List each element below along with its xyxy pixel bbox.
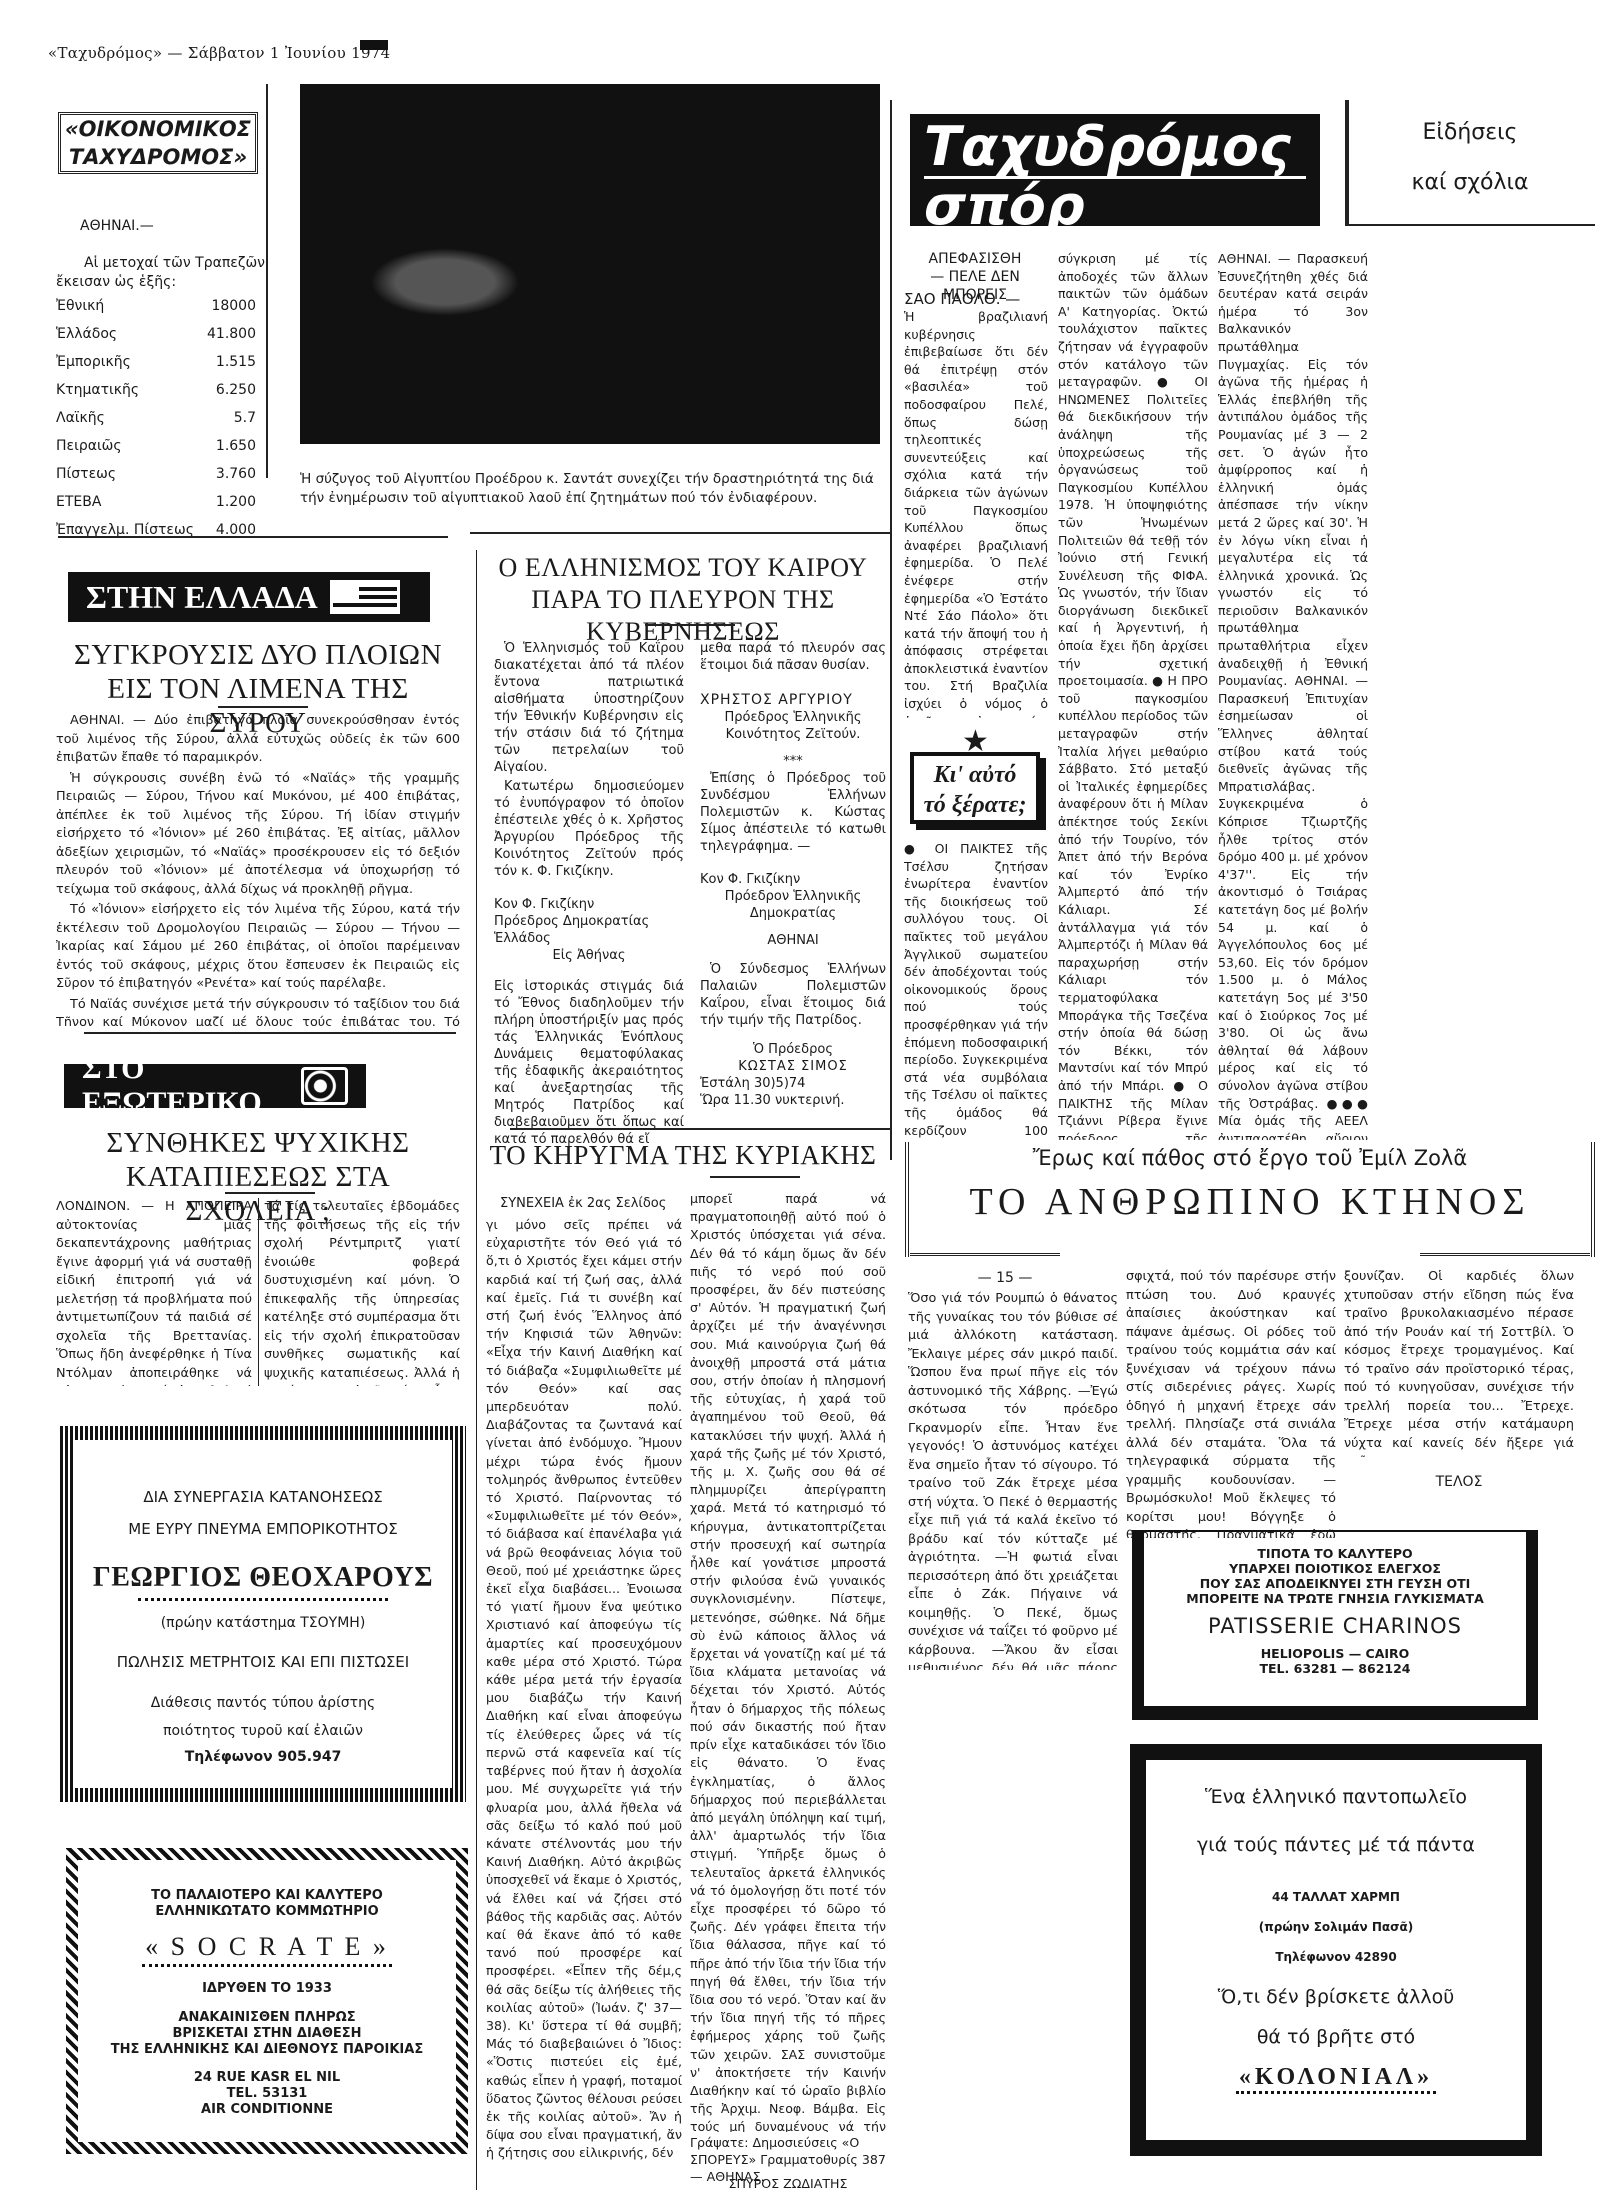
school-article-col-1: ΛΟΝΔΙΝΟΝ. — Η ΑΠΟΠΕΙΡΑ αὐτοκτονίας μιᾶς …	[56, 1198, 252, 1386]
closing-name: ΚΩΣΤΑΣ ΣΙΜΟΣ	[700, 1058, 886, 1075]
stock-row: Πίστεως3.760	[56, 460, 256, 488]
ad-line: ΠΩΛΗΣΙΣ ΜΕΤΡΗΤΟΙΣ ΚΑΙ ΕΠΙ ΠΙΣΤΩΣΕΙ	[74, 1653, 452, 1671]
news-box-line-1: Εἰδήσεις	[1350, 120, 1590, 145]
sport-logo: Ταχυδρόμος σπόρ	[910, 114, 1320, 226]
masthead-line-2: ΤΑΧΥΔΡΟΜΟΣ»	[61, 143, 255, 171]
ad-business-name: PATISSERIE CHARINOS	[1144, 1614, 1526, 1638]
paragraph: Ἐπίσης ὁ Πρόεδρος τοῦ Συνδέσμου Ἑλλήνων …	[700, 770, 886, 855]
bank-name: Ἑλλάδος	[56, 320, 204, 348]
serial-col-2: σφιχτά, πού τόν παρέσυρε στήν πτώση του.…	[1126, 1268, 1336, 1538]
letter-title: Πρόεδρος Δημοκρατίας	[494, 913, 684, 930]
column-divider	[476, 550, 477, 2190]
stock-price: 3.760	[204, 460, 256, 488]
stock-price: 1.515	[204, 348, 256, 376]
serial-kicker: Ἔρως καί πάθος στό ἔργο τοῦ Ἐμίλ Ζολᾶ	[905, 1146, 1595, 1170]
ad-phone: Τηλέφωνον 905.947	[74, 1749, 452, 1765]
stock-price: 41.800	[204, 320, 256, 348]
bank-name: Πίστεως	[56, 460, 204, 488]
cairo-headline-1: Ο ΕΛΛΗΝΙΣΜΟΣ ΤΟΥ ΚΑΙΡΟΥ	[478, 552, 888, 584]
column-divider	[890, 100, 892, 1160]
financial-intro: Αἱ μετοχαί τῶν Τραπεζῶν ἔκεισαν ὡς ἑξῆς:	[56, 254, 266, 292]
ad-line: Διάθεσις παντός τύπου ἀρίστης	[74, 1695, 452, 1711]
paragraph: Ὁ Ἑλληνισμός τοῦ Καΐρου διακατέχεται ἀπό…	[494, 640, 684, 776]
box-rule	[1420, 1253, 1590, 1256]
syros-headline-1: ΣΥΓΚΡΟΥΣΙΣ ΔΥΟ ΠΛΟΙΩΝ	[58, 638, 458, 672]
headline-rule	[645, 624, 735, 626]
socrate-ad: ΤΟ ΠΑΛΑΙΟΤΕΡΟ ΚΑΙ ΚΑΛΥΤΕΡΟ ΕΛΛΗΝΙΚΩΤΑΤΟ …	[66, 1848, 468, 2154]
ad-line: ΑΝΑΚΑΙΝΙΣΘΕΝ ΠΛΗΡΩΣ	[78, 2010, 456, 2026]
charinos-ad: ΤΙΠΟΤΑ ΤΟ ΚΑΛΥΤΕΡΟ ΥΠΑΡΧΕΙ ΠΟΙΟΤΙΚΟΣ ΕΛΕ…	[1132, 1530, 1538, 1720]
paragraph: Ἡ σύγκρουσις συνέβη ἐνῶ τό «Ναϊάς» τῆς γ…	[56, 770, 460, 900]
ad-line: ΕΛΛΗΝΙΚΩΤΑΤΟ ΚΟΜΜΩΤΗΡΙΟ	[78, 1904, 456, 1920]
box-border	[1345, 100, 1349, 225]
ad-business-name: «ΚΟΛΟΝΙΑΛ»	[1146, 2064, 1526, 2091]
ad-ornament	[142, 1964, 392, 1967]
bank-name: ΕΤΕΒΑ	[56, 488, 204, 516]
ad-business-name: « S O C R A T E »	[78, 1932, 456, 1962]
ad-line: (πρώην κατάστημα ΤΣΟΥΜΗ)	[74, 1615, 452, 1631]
letter-body: Εἰς ἱστορικάς στιγμάς διά τό Ἔθνος διαδη…	[494, 978, 684, 1148]
ad-line: ΤΟ ΠΑΛΑΙΟΤΕΡΟ ΚΑΙ ΚΑΛΥΤΕΡΟ	[78, 1888, 456, 1904]
bank-name: Ἐπαγγελμ. Πίστεως	[56, 516, 204, 544]
ad-line: ΔΙΑ ΣΥΝΕΡΓΑΣΙΑ ΚΑΤΑΝΟΗΣΕΩΣ	[74, 1488, 452, 1506]
stock-row: Πειραιῶς1.650	[56, 432, 256, 460]
ad-line: ΥΠΑΡΧΕΙ ΠΟΙΟΤΙΚΟΣ ΕΛΕΓΧΟΣ	[1144, 1561, 1526, 1576]
letter-title: Πρόεδρον Ἑλληνικῆς Δημοκρατίας	[700, 888, 886, 922]
bank-name: Κτηματικῆς	[56, 376, 204, 404]
ad-line: AIR CONDITIONNE	[78, 2102, 456, 2118]
bank-name: Ἐθνική	[56, 292, 204, 320]
cairo-col-1: Ὁ Ἑλληνισμός τοῦ Καΐρου διακατέχεται ἀπό…	[494, 640, 684, 1148]
closing-title: Ὁ Πρόεδρος	[700, 1041, 886, 1058]
ad-line: ΠΟΥ ΣΑΣ ΑΠΟΔΕΙΚΝΥΕΙ ΣΤΗ ΓΕΥΣΗ ΟΤΙ	[1144, 1576, 1526, 1591]
ad-ornament	[138, 1598, 388, 1601]
column-divider	[258, 1198, 259, 1386]
ad-line: ΜΠΟΡΕΙΤΕ ΝΑ ΤΡΩΤΕ ΓΝΗΣΙΑ ΓΛΥΚΙΣΜΑΤΑ	[1144, 1591, 1526, 1606]
pele-headline-1: ΑΠΕΦΑΣΙΣΘΗ	[900, 250, 1050, 268]
athletics-column: ΑΘΗΝΑΙ. — Παρασκευή Ἐσυνεζήτηθη χθές διά…	[1218, 250, 1368, 1140]
ad-line: ποιότητος τυροῦ καί ἐλαιῶν	[74, 1723, 452, 1739]
theocharous-ad: ΔΙΑ ΣΥΝΕΡΓΑΣΙΑ ΚΑΤΑΝΟΗΣΕΩΣ ΜΕ ΕΥΡΥ ΠΝΕΥΜ…	[60, 1426, 466, 1802]
sports-briefs-column: σύγκριση μέ τίς ἀποδοχές τῶν ἄλλων παικτ…	[1058, 250, 1208, 1140]
box-rule	[910, 1253, 1060, 1256]
letter-recipient: Κον Φ. Γκιζίκην	[700, 871, 886, 888]
stock-row: ΕΤΕΒΑ1.200	[56, 488, 256, 516]
section-rule	[510, 1128, 890, 1130]
ad-line: ΤΙΠΟΤΑ ΤΟ ΚΑΛΥΤΕΡΟ	[1144, 1546, 1526, 1561]
serial-end: ΤΕΛΟΣ	[1344, 1474, 1574, 1490]
globe-icon	[301, 1067, 348, 1105]
section-rule	[84, 1032, 456, 1034]
serial-chapter: — 15 —	[905, 1270, 1105, 1286]
ad-ornament	[1236, 2091, 1436, 2094]
sent-date: Ἐστάλη 30)5)74	[700, 1075, 886, 1092]
letter-place: ΑΘΗΝΑΙ	[700, 932, 886, 949]
paragraph: Τό Ναϊάς συνέχισε μετά τήν σύγκρουσιν τό…	[56, 996, 460, 1027]
chelsea-article: ● ΟΙ ΠΑΙΚΤΕΣ τῆς Τσέλσυ ζητήσαν ἐνωρίτερ…	[904, 840, 1048, 1140]
syros-article: ΑΘΗΝΑΙ. — Δύο ἐπιβατηγά πλοῖα συνεκρούσθ…	[56, 712, 460, 1026]
cairo-greeks-headline: Ο ΕΛΛΗΝΙΣΜΟΣ ΤΟΥ ΚΑΙΡΟΥ ΠΑΡΑ ΤΟ ΠΛΕΥΡΟΝ …	[478, 552, 888, 648]
letter-recipient: Κον Φ. Γκιζίκην	[494, 896, 684, 913]
page-header: «Ταχυδρόμος» — Σάββατον 1 Ἰουνίου 1974	[48, 44, 390, 62]
foreign-banner-label: ΣΤΟ ΕΞΩΤΕΡΙΚΟ	[82, 1052, 289, 1120]
photo-caption: Ἡ σύζυγος τοῦ Αἰγυπτίου Προέδρου κ. Σαντ…	[300, 470, 880, 508]
signer-title: Πρόεδρος Ἑλληνικῆς Κοινότητος Ζεϊτούν.	[700, 709, 886, 743]
paragraph: ΑΘΗΝΑΙ. — Δύο ἐπιβατηγά πλοῖα συνεκρούσθ…	[56, 712, 460, 768]
ad-address: 24 RUE KASR EL NIL	[78, 2070, 456, 2086]
news-photo	[300, 84, 880, 444]
letter-body: Ὁ Σύνδεσμος Ἑλλήνων Παλαιῶν Πολεμιστῶν Κ…	[700, 961, 886, 1029]
ad-phone: TEL. 53131	[78, 2086, 456, 2102]
stock-price: 18000	[204, 292, 256, 320]
sport-logo-line-1: Ταχυδρόμος	[924, 120, 1306, 174]
sermon-col-2: μπορεῖ παρά νά πραγματοποιηθῇ αὐτό πού ὁ…	[690, 1190, 886, 2132]
kolonial-ad: Ἕνα ἑλληνικό παντοπωλεῖο γιά τούς πάντες…	[1130, 1744, 1542, 2156]
ad-phone: TEL. 63281 — 862124	[1144, 1661, 1526, 1676]
signer-name: ΧΡΗΣΤΟΣ ΑΡΓΥΡΙΟΥ	[700, 692, 886, 709]
stock-row: Κτηματικῆς6.250	[56, 376, 256, 404]
school-headline-1: ΣΥΝΘΗΚΕΣ ΨΥΧΙΚΗΣ	[58, 1126, 458, 1160]
ad-line: ΙΔΡΥΘΕΝ ΤΟ 1933	[78, 1981, 456, 1996]
ad-address: HELIOPOLIS — CAIRO	[1144, 1646, 1526, 1661]
financial-dateline: ΑΘΗΝΑΙ.—	[80, 218, 154, 234]
ad-line: ΒΡΙΣΚΕΤΑΙ ΣΤΗΝ ΔΙΑΘΕΣΗ	[78, 2026, 456, 2042]
greece-banner: ΣΤΗΝ ΕΛΛΑΔΑ	[68, 572, 430, 622]
bank-name: Ἐμπορικῆς	[56, 348, 204, 376]
separator: ***	[700, 753, 886, 770]
bank-stock-table: Ἐθνική18000Ἑλλάδος41.800Ἐμπορικῆς1.515Κτ…	[56, 292, 256, 544]
news-box-line-2: καί σχόλια	[1350, 170, 1590, 195]
foreign-banner: ΣΤΟ ΕΞΩΤΕΡΙΚΟ	[64, 1064, 366, 1108]
stock-price: 5.7	[204, 404, 256, 432]
ad-line: γιά τούς πάντες μέ τά πάντα	[1146, 1834, 1526, 1856]
bank-name: Λαϊκῆς	[56, 404, 204, 432]
stock-price: 6.250	[204, 376, 256, 404]
serial-title: ΤΟ ΑΝΘΡΩΠΙΝΟ ΚΤΗΝΟΣ	[905, 1180, 1595, 1224]
cairo-headline-2: ΠΑΡΑ ΤΟ ΠΛΕΥΡΟΝ ΤΗΣ ΚΥΒΕΡΝΗΣΕΩΣ	[478, 584, 888, 648]
column-divider	[266, 84, 268, 478]
greek-flag-icon	[330, 580, 400, 614]
headline-rule	[710, 1176, 800, 1178]
stock-price: 1.200	[204, 488, 256, 516]
sermon-continued: ΣΥΝΕΧΕΙΑ ἐκ 2ας Σελίδος	[500, 1196, 666, 1211]
headline-rule	[218, 706, 308, 708]
letter-title: Ἑλλάδος	[494, 930, 684, 947]
ad-line: θά τό βρῆτε στό	[1146, 2026, 1526, 2048]
ad-line: ΤΗΣ ΕΛΛΗΝΙΚΗΣ ΚΑΙ ΔΙΕΘΝΟΥΣ ΠΑΡΟΙΚΙΑΣ	[78, 2042, 456, 2058]
ad-line: Ὅ,τι δέν βρίσκετε ἀλλοῦ	[1146, 1986, 1526, 2008]
sport-logo-line-2: σπόρ	[924, 176, 1306, 233]
pele-dateline: ΣΑΟ ΠΑΟΛΟ. —	[904, 290, 1020, 308]
cairo-col-2: μεθα παρά τό πλευρόν σας ἕτοιμοι διά πᾶσ…	[700, 640, 886, 1109]
paragraph: Τό «Ἰόνιον» εἰσήρχετο εἰς τόν λιμένα τῆς…	[56, 901, 460, 994]
section-rule	[58, 536, 448, 538]
did-you-know-line-2: τό ξέρατε;	[914, 790, 1036, 820]
pele-article: Ἡ βραζιλιανή κυβέρνησις ἐπιβεβαίωσε ὅτι …	[904, 308, 1048, 718]
sermon-signature: ΣΠΥΡΟΣ ΖΩΔΙΑΤΗΣ	[690, 2176, 886, 2191]
stock-row: Ἐμπορικῆς1.515	[56, 348, 256, 376]
stock-row: Λαϊκῆς5.7	[56, 404, 256, 432]
ad-line: Ἕνα ἑλληνικό παντοπωλεῖο	[1146, 1786, 1526, 1808]
smudge-mark	[360, 40, 388, 50]
financial-masthead: «ΟΙΚΟΝΟΜΙΚΟΣ ΤΑΧΥΔΡΟΜΟΣ»	[58, 112, 258, 174]
stock-row: Ἐπαγγελμ. Πίστεως4.000	[56, 516, 256, 544]
ad-phone: Τηλέφωνον 42890	[1146, 1950, 1526, 1964]
sermon-headline: ΤΟ ΚΗΡΥΓΜΑ ΤΗΣ ΚΥΡΙΑΚΗΣ	[478, 1140, 888, 1171]
letter-place: Εἰς Ἀθήνας	[494, 947, 684, 964]
bank-name: Πειραιῶς	[56, 432, 204, 460]
greece-banner-label: ΣΤΗΝ ΕΛΛΑΔΑ	[86, 579, 318, 616]
school-article-col-2: τά τίς τελευταῖες ἑβδομάδες τῆς φοιτήσεω…	[264, 1198, 460, 1386]
section-rule	[470, 532, 890, 534]
stock-price: 1.650	[204, 432, 256, 460]
masthead-line-1: «ΟΙΚΟΝΟΜΙΚΟΣ	[61, 115, 255, 143]
stock-row: Ἐθνική18000	[56, 292, 256, 320]
sermon-col-1: γι μόνο σεῖς πρέπει νά εὐχαριστῆτε τόν Θ…	[486, 1216, 682, 2184]
ad-address: 44 ΤΑΛΛΑΤ ΧΑΡΜΠ	[1146, 1890, 1526, 1904]
box-border	[1345, 224, 1595, 228]
serial-col-3: ξουνίζαν. Οἱ καρδιές ὅλων χτυποῦσαν στήν…	[1344, 1268, 1574, 1458]
ad-business-name: ΓΕΩΡΓΙΟΣ ΘΕΟΧΑΡΟΥΣ	[74, 1562, 452, 1594]
serial-col-1: Ὅσο γιά τόν Ρουμπώ ὁ θάνατος τῆς γυναίκα…	[908, 1290, 1118, 1670]
did-you-know-box: Κι' αὐτό τό ξέρατε;	[910, 752, 1040, 824]
stock-price: 4.000	[204, 516, 256, 544]
headline-rule	[225, 1192, 315, 1194]
stock-row: Ἑλλάδος41.800	[56, 320, 256, 348]
ad-line: ΜΕ ΕΥΡΥ ΠΝΕΥΜΑ ΕΜΠΟΡΙΚΟΤΗΤΟΣ	[74, 1520, 452, 1538]
paragraph: Κατωτέρω δημοσιεύομεν τό ἐνυπόγραφον τό …	[494, 778, 684, 880]
ad-line: (πρώην Σολιμάν Πασᾶ)	[1146, 1920, 1526, 1934]
paragraph: μεθα παρά τό πλευρόν σας ἕτοιμοι διά πᾶσ…	[700, 640, 886, 674]
sent-time: Ὥρα 11.30 νυκτερινή.	[700, 1092, 886, 1109]
did-you-know-line-1: Κι' αὐτό	[914, 760, 1036, 790]
